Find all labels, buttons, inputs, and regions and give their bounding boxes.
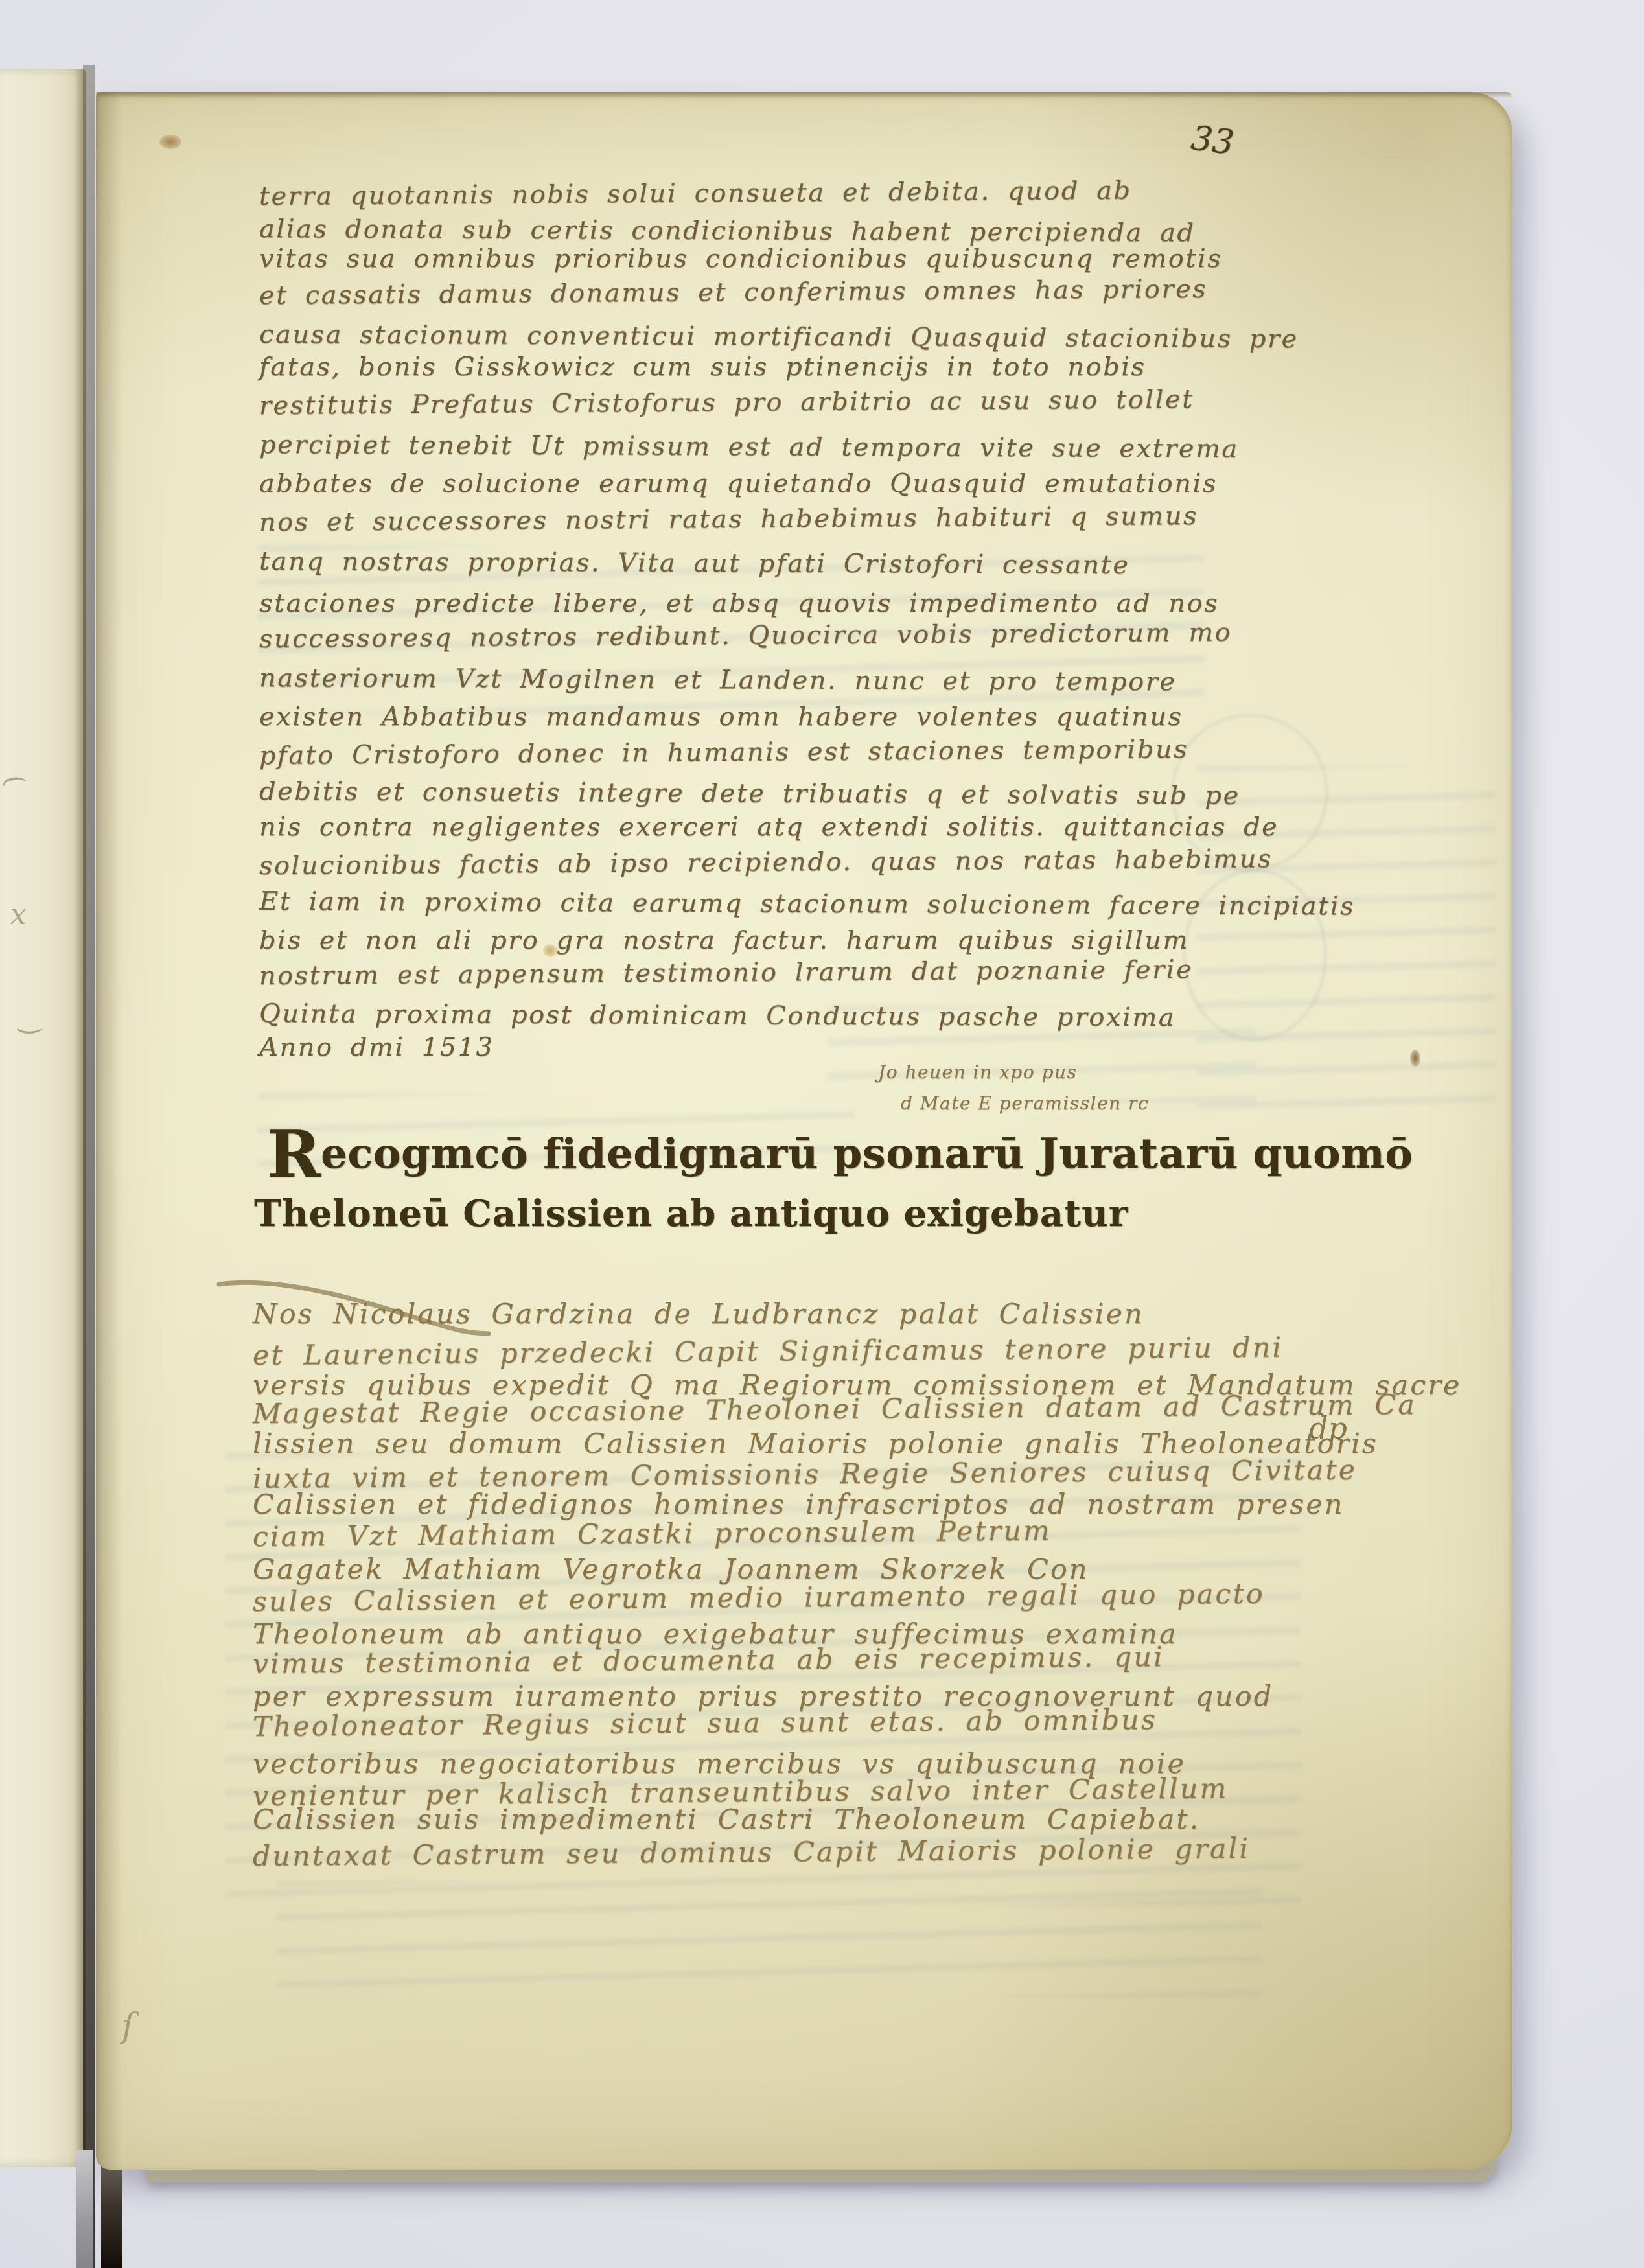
- spine-strip-dark: [101, 2158, 122, 2268]
- manuscript-line: nasteriorum Vzt Mogilnen et Landen. nunc…: [259, 665, 1177, 695]
- show-through-band: [277, 1880, 1262, 1997]
- page-top-edge: [96, 92, 1512, 98]
- manuscript-line: et Laurencius przedecki Capit Significam…: [253, 1334, 1284, 1370]
- manuscript-line: successoresq nostros redibunt. Quocirca …: [259, 619, 1233, 652]
- section-heading-line-1: Recogmcō fidedignarū psonarū Juratarū qu…: [267, 1129, 1413, 1178]
- manuscript-line: Calissien suis impedimenti Castri Theolo…: [253, 1806, 1200, 1834]
- manuscript-line: Calissien et fidedignos homines infrascr…: [253, 1491, 1344, 1519]
- section-heading-line-2: Theloneū Calissien ab antiquo exigebatur: [254, 1192, 1128, 1235]
- heading-initial: R: [267, 1116, 321, 1192]
- manuscript-line: nostrum est appensum testimonio lrarum d…: [259, 956, 1194, 989]
- manuscript-line: vimus testimonia et documenta ab eis rec…: [253, 1643, 1164, 1678]
- manuscript-line: percipiet tenebit Ut pmissum est ad temp…: [259, 432, 1239, 462]
- heading-line-1-text: ecogmcō fidedignarū psonarū Juratarū quo…: [321, 1129, 1413, 1178]
- chancery-subscription-line: d Mate E peramisslen rc: [901, 1093, 1149, 1114]
- manuscript-line: nos et successores nostri ratas habebimu…: [259, 503, 1198, 535]
- manuscript-line: abbates de solucione earumq quietando Qu…: [259, 470, 1218, 496]
- stray-ink-mark: x: [10, 898, 27, 931]
- manuscript-line: staciones predicte libere, et absq quovi…: [259, 590, 1219, 616]
- manuscript-line: solucionibus factis ab ipso recipiendo. …: [259, 846, 1273, 879]
- manuscript-line: duntaxat Castrum seu dominus Capit Maior…: [253, 1835, 1250, 1871]
- facing-page: ( x ‿: [0, 69, 86, 2167]
- manuscript-line: vitas sua omnibus prioribus condicionibu…: [259, 246, 1222, 272]
- chancery-subscription-line: Jo heuen in xpo pus: [878, 1061, 1077, 1083]
- ink-speck: [159, 135, 181, 149]
- manuscript-line: bis et non ali pro gra nostra factur. ha…: [259, 927, 1189, 953]
- manuscript-line: Theoloneator Regius sicut sua sunt etas.…: [253, 1706, 1157, 1741]
- manuscript-line: existen Abbatibus mandamus omn habere vo…: [259, 704, 1183, 730]
- manuscript-page: 33 terra quotannis nobis solui consueta …: [96, 92, 1512, 2170]
- manuscript-line: causa stacionum conventicui mortificandi…: [259, 321, 1299, 352]
- manuscript-line: ciam Vzt Mathiam Czastki proconsulem Pet…: [253, 1517, 1052, 1551]
- manuscript-line: et cassatis damus donamus et conferimus …: [259, 276, 1208, 308]
- manuscript-line: lissien seu domum Calissien Maioris polo…: [253, 1430, 1378, 1458]
- ink-speck: [1410, 1050, 1420, 1067]
- manuscript-line: Et iam in proximo cita earumq stacionum …: [259, 888, 1355, 919]
- manuscript-line: debitis et consuetis integre dete tribua…: [259, 778, 1240, 809]
- stray-ink-mark: ſ: [122, 2007, 134, 2046]
- manuscript-line: alias donata sub certis condicionibus ha…: [259, 216, 1196, 246]
- manuscript-line: terra quotannis nobis solui consueta et …: [259, 178, 1132, 209]
- manuscript-line: Magestat Regie occasione Theolonei Calis…: [253, 1391, 1417, 1428]
- manuscript-line: Quinta proxima post dominicam Conductus …: [259, 1001, 1175, 1030]
- folio-number: 33: [1189, 119, 1236, 163]
- date-line: Anno dmi 1513: [259, 1034, 494, 1060]
- stray-ink-mark: ‿: [19, 1002, 41, 1034]
- marginal-mark: dp: [1309, 1411, 1347, 1446]
- manuscript-line: tanq nostras proprias. Vita aut pfati Cr…: [259, 548, 1130, 578]
- manuscript-line: restitutis Prefatus Cristoforus pro arbi…: [259, 386, 1194, 419]
- photographed-manuscript-scan: { "doc": { "folio_number": "33", "backdr…: [0, 0, 1644, 2268]
- manuscript-line: iuxta vim et tenorem Comissionis Regie S…: [253, 1457, 1358, 1493]
- manuscript-line: pfato Cristoforo donec in humanis est st…: [259, 736, 1189, 769]
- manuscript-line: sules Calissien et eorum medio iuramento…: [253, 1580, 1265, 1616]
- manuscript-line: nis contra negligentes exerceri atq exte…: [259, 814, 1279, 840]
- stray-ink-mark: (: [0, 770, 30, 791]
- gutter-crease-shadow: [96, 92, 122, 2170]
- book-gutter-shadow: [83, 65, 95, 2268]
- spine-strip-light: [76, 2150, 93, 2268]
- manuscript-line: Nos Nicolaus Gardzina de Ludbrancz palat…: [253, 1301, 1144, 1328]
- manuscript-line: fatas, bonis Gisskowicz cum suis ptinenc…: [259, 354, 1146, 380]
